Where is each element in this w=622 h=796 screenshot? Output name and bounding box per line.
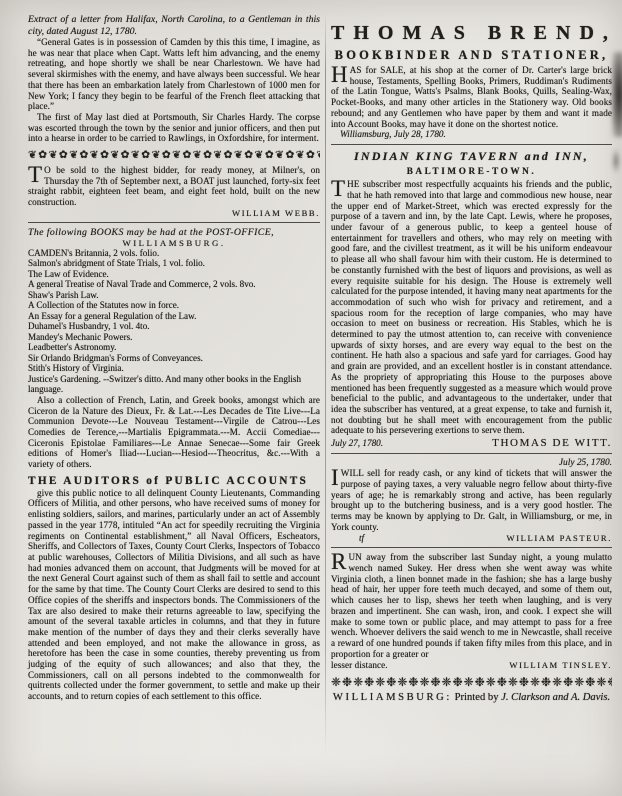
ad-body: HAS for SALE, at his shop at the corner … <box>331 65 612 129</box>
books-place: WILLIAMSBURG. <box>28 238 320 248</box>
auditors-body: give this public notice to all delinquen… <box>28 488 320 702</box>
ad-subtitle: BOOKBINDER AND STATIONER, <box>331 48 612 63</box>
notice-auditors: THE AUDITORS of PUBLIC ACCOUNTS give thi… <box>28 475 320 702</box>
book-item: An Essay for a general Regulation of the… <box>28 311 320 322</box>
printer-imprint: WILLIAMSBURG: Printed by J. Clarkson and… <box>331 692 612 703</box>
ad-subtitle: BALTIMORE-TOWN. <box>331 166 612 176</box>
signature: THOMAS DE WITT. <box>492 437 612 449</box>
book-item: Sir Orlando Bridgman's Forms of Conveyan… <box>28 353 320 364</box>
right-column: THOMAS BREND, BOOKBINDER AND STATIONER, … <box>331 14 612 790</box>
ad-pasteur-sale: July 25, 1780. I WILL sell for ready cas… <box>331 458 612 543</box>
ad-body: I WILL sell for ready cash, or any kind … <box>331 468 612 532</box>
signature-row: lesser distance. WILLIAM TINSLEY. <box>331 660 612 671</box>
signature-row: July 27, 1780. THOMAS DE WITT. <box>331 437 612 449</box>
signature: WILLIAM TINSLEY. <box>509 660 612 670</box>
book-item: Shaw's Parish Law. <box>28 290 320 301</box>
scan-artifact <box>612 52 622 137</box>
book-item: A Collection of the Statutes now in forc… <box>28 300 320 311</box>
books-list-notice: The following BOOKS may be had at the PO… <box>28 227 320 470</box>
dateline: July 25, 1780. <box>331 458 612 468</box>
ad-indian-king-tavern: INDIAN KING TAVERN and INN, BALTIMORE-TO… <box>331 149 612 449</box>
ad-body: RUN away from the subscriber last Sunday… <box>331 552 612 659</box>
newspaper-page-scan: Extract of a letter from Halifax, North … <box>0 0 622 796</box>
book-item: Salmon's abridgment of State Trials, 1 v… <box>28 258 320 269</box>
dateline: July 27, 1780. <box>331 438 383 448</box>
ornament-band: ❦✿❦✿❦✿❦✿❦✿❦✿❦✿❦✿❦✿❦✿❦✿❦✿❦✿❦✿❦✿❦✿❦✿ <box>28 149 320 162</box>
dateline: Williamsburg, July 28, 1780. <box>331 129 612 139</box>
ad-title: INDIAN KING TAVERN and INN, <box>331 149 612 164</box>
section-rule <box>331 144 612 145</box>
book-item: Stith's History of Virginia. <box>28 363 320 374</box>
signature-row: tf WILLIAM PASTEUR. <box>331 533 612 543</box>
book-item: A general Treatise of Naval Trade and Co… <box>28 279 320 290</box>
article-body: The first of May last died at Portsmouth… <box>28 112 320 144</box>
books-also-paragraph: Also a collection of French, Latin, and … <box>28 395 320 470</box>
book-item: Duhamel's Husbandry, 1 vol. 4to. <box>28 321 320 332</box>
ad-body: THE subscriber most respectfully acquain… <box>331 179 612 436</box>
signature: WILLIAM WEBB. <box>28 208 320 218</box>
section-rule <box>331 453 612 454</box>
ad-boat-sale: TO be sold to the highest bidder, for re… <box>28 165 320 218</box>
books-heading: The following BOOKS may be had at the PO… <box>28 227 320 238</box>
imprint-printers: J. Clarkson and A. Davis. <box>501 692 610 703</box>
imprint-printed-by: Printed by <box>455 692 499 703</box>
book-item: CAMDEN's Britannia, 2 vols. folio. <box>28 248 320 259</box>
ad-body: TO be sold to the highest bidder, for re… <box>28 165 320 208</box>
book-item: Justice's Gardening. --Switzer's ditto. … <box>28 374 320 395</box>
signature: WILLIAM PASTEUR. <box>507 533 613 543</box>
ad-body-end: lesser distance. <box>331 660 388 671</box>
ad-runaway-notice: RUN away from the subscriber last Sunday… <box>331 552 612 671</box>
scan-artifact <box>612 148 620 174</box>
imprint-place: WILLIAMSBURG: <box>333 692 452 703</box>
book-item: Leadbetter's Astronomy. <box>28 342 320 353</box>
ad-thomas-brend: THOMAS BREND, BOOKBINDER AND STATIONER, … <box>331 22 612 139</box>
left-column: Extract of a letter from Halifax, North … <box>28 14 320 790</box>
section-rule <box>28 222 320 223</box>
ad-title: THOMAS BREND, <box>331 22 612 45</box>
article-body: “General Gates is in possession of Camde… <box>28 37 320 112</box>
book-item: The Law of Evidence. <box>28 269 320 280</box>
book-item: Mandey's Mechanic Powers. <box>28 332 320 343</box>
frequency-note: tf <box>331 533 364 543</box>
auditors-heading: THE AUDITORS of PUBLIC ACCOUNTS <box>28 475 320 487</box>
article-halifax-letter: Extract of a letter from Halifax, North … <box>28 14 320 144</box>
article-heading: Extract of a letter from Halifax, North … <box>28 14 320 37</box>
ornament-band: ❈❉❈❉❈❉❈❉❈❉❈❉❈❉❈❉❈❉❈❉❈❉❈❉❈❉❈❉❈❉❈ <box>331 676 612 689</box>
section-rule <box>331 547 612 548</box>
